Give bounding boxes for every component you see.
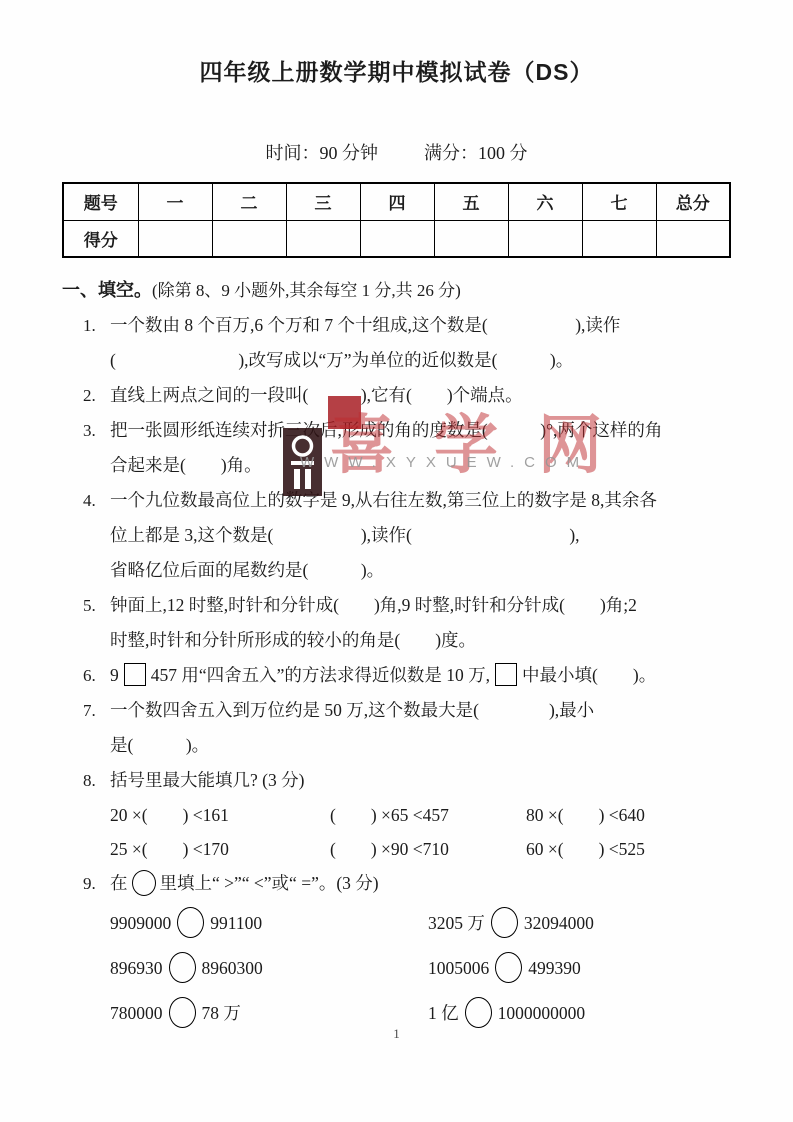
question-number: 9. bbox=[83, 866, 110, 901]
question-number: 2. bbox=[83, 378, 110, 413]
compare-circle-icon bbox=[491, 907, 518, 938]
compare-right: 32094000 bbox=[524, 913, 594, 933]
score-cell bbox=[434, 220, 508, 257]
score-table-corner-label: 题号 bbox=[63, 183, 138, 220]
score-cell bbox=[286, 220, 360, 257]
question-number: 4. bbox=[83, 483, 110, 518]
question-text: 里填上“ >”“ <”或“ =”。(3 分) bbox=[160, 873, 379, 893]
question-text: 457 用“四舍五入”的方法求得近似数是 10 万, bbox=[151, 665, 490, 685]
compare-row: 9909000991100 3205 万32094000 bbox=[110, 901, 745, 946]
question-number: 3. bbox=[83, 413, 110, 448]
question-list: 1.一个数由 8 个百万,6 个万和 7 个十组成,这个数是( ),读作 ( )… bbox=[110, 308, 745, 1036]
score-cell bbox=[508, 220, 582, 257]
exam-meta: 时间：90 分钟满分：100 分 bbox=[0, 139, 793, 165]
score-cell bbox=[138, 220, 212, 257]
question-text: 是( )。 bbox=[110, 728, 745, 763]
exam-paper: 四年级上册数学期中模拟试卷（DS） 时间：90 分钟满分：100 分 题号 一 … bbox=[0, 0, 793, 1122]
compare-right: 1000000000 bbox=[498, 1003, 586, 1023]
compare-circle-icon bbox=[169, 997, 196, 1028]
question-9: 9.在里填上“ >”“ <”或“ =”。(3 分) 9909000991100 … bbox=[110, 866, 745, 1036]
compare-right: 499390 bbox=[528, 958, 581, 978]
question-text: 括号里最大能填几? (3 分) bbox=[110, 770, 304, 790]
question-text: 合起来是( )角。 bbox=[110, 448, 745, 483]
equation: 80 ×( ) <640 bbox=[526, 798, 745, 832]
compare-pair: 3205 万32094000 bbox=[428, 901, 745, 946]
score-row-label: 得分 bbox=[63, 220, 138, 257]
time-limit-label: 时间：90 分钟 bbox=[266, 143, 379, 163]
equation: 60 ×( ) <525 bbox=[526, 832, 745, 866]
question-5: 5.钟面上,12 时整,时针和分针成( )角,9 时整,时针和分针成( )角;2… bbox=[110, 588, 745, 658]
question-text: 在 bbox=[110, 873, 128, 893]
compare-circle-icon bbox=[177, 907, 204, 938]
question-number: 7. bbox=[83, 693, 110, 728]
equation: 25 ×( ) <170 bbox=[110, 832, 330, 866]
question-text: 直线上两点之间的一段叫( ),它有( )个端点。 bbox=[110, 385, 523, 405]
compare-circle-icon bbox=[132, 870, 156, 896]
compare-left: 1005006 bbox=[428, 958, 489, 978]
page-title: 四年级上册数学期中模拟试卷（DS） bbox=[0, 54, 793, 87]
compare-left: 896930 bbox=[110, 958, 163, 978]
question-8-equations: 20 ×( ) <161 ( ) ×65 <457 80 ×( ) <640 2… bbox=[110, 798, 745, 866]
question-text: 时整,时针和分针所形成的较小的角是( )度。 bbox=[110, 623, 745, 658]
score-cell bbox=[656, 220, 730, 257]
question-text: 省略亿位后面的尾数约是( )。 bbox=[110, 553, 745, 588]
score-table-col-1: 一 bbox=[138, 183, 212, 220]
question-text: 一个九位数最高位上的数字是 9,从右往左数,第三位上的数字是 8,其余各 bbox=[110, 490, 657, 510]
section-one-note: (除第 8、9 小题外,其余每空 1 分,共 26 分) bbox=[152, 281, 461, 300]
score-table-col-4: 四 bbox=[360, 183, 434, 220]
compare-left: 9909000 bbox=[110, 913, 171, 933]
score-table-col-6: 六 bbox=[508, 183, 582, 220]
score-cell bbox=[582, 220, 656, 257]
score-cell bbox=[212, 220, 286, 257]
section-one-heading: 一、填空。(除第 8、9 小题外,其余每空 1 分,共 26 分) bbox=[62, 277, 745, 304]
question-number: 5. bbox=[83, 588, 110, 623]
question-text: 钟面上,12 时整,时针和分针成( )角,9 时整,时针和分针成( )角;2 bbox=[110, 595, 637, 615]
question-1: 1.一个数由 8 个百万,6 个万和 7 个十组成,这个数是( ),读作 ( )… bbox=[110, 308, 745, 378]
score-table-col-5: 五 bbox=[434, 183, 508, 220]
compare-circle-icon bbox=[169, 952, 196, 983]
question-text: 中最小填( )。 bbox=[522, 665, 656, 685]
compare-row: 8969308960300 1005006499390 bbox=[110, 946, 745, 991]
score-table-col-2: 二 bbox=[212, 183, 286, 220]
fill-box-icon bbox=[124, 663, 146, 686]
question-text: 9 bbox=[110, 665, 119, 685]
score-table-col-7: 七 bbox=[582, 183, 656, 220]
score-table-col-total: 总分 bbox=[656, 183, 730, 220]
question-text: ( ),改写成以“万”为单位的近似数是( )。 bbox=[110, 343, 745, 378]
compare-right: 991100 bbox=[210, 913, 262, 933]
compare-left: 3205 万 bbox=[428, 913, 485, 933]
score-table-col-3: 三 bbox=[286, 183, 360, 220]
compare-left: 780000 bbox=[110, 1003, 163, 1023]
equation: 20 ×( ) <161 bbox=[110, 798, 330, 832]
full-score-label: 满分：100 分 bbox=[424, 143, 528, 163]
question-text: 一个数四舍五入到万位约是 50 万,这个数最大是( ),最小 bbox=[110, 700, 594, 720]
compare-pair: 8969308960300 bbox=[110, 946, 428, 991]
question-text: 一个数由 8 个百万,6 个万和 7 个十组成,这个数是( ),读作 bbox=[110, 315, 620, 335]
question-number: 8. bbox=[83, 763, 110, 798]
equation: ( ) ×90 <710 bbox=[330, 832, 526, 866]
compare-left: 1 亿 bbox=[428, 1003, 459, 1023]
compare-pair: 9909000991100 bbox=[110, 901, 428, 946]
score-table: 题号 一 二 三 四 五 六 七 总分 得分 bbox=[62, 182, 731, 258]
question-6: 6.9457 用“四舍五入”的方法求得近似数是 10 万,中最小填( )。 bbox=[110, 658, 745, 693]
question-8: 8.括号里最大能填几? (3 分) 20 ×( ) <161 ( ) ×65 <… bbox=[110, 763, 745, 866]
compare-circle-icon bbox=[495, 952, 522, 983]
question-text: 把一张圆形纸连续对折三次后,形成的角的度数是( )°,两个这样的角 bbox=[110, 420, 662, 440]
score-cell bbox=[360, 220, 434, 257]
page-number: 1 bbox=[0, 1026, 793, 1042]
question-number: 1. bbox=[83, 308, 110, 343]
question-3: 3.把一张圆形纸连续对折三次后,形成的角的度数是( )°,两个这样的角 合起来是… bbox=[110, 413, 745, 483]
compare-circle-icon bbox=[465, 997, 492, 1028]
score-table-score-row: 得分 bbox=[63, 220, 730, 257]
section-one-title: 一、填空。 bbox=[62, 280, 152, 300]
question-number: 6. bbox=[83, 658, 110, 693]
compare-pair: 1005006499390 bbox=[428, 946, 745, 991]
question-2: 2.直线上两点之间的一段叫( ),它有( )个端点。 bbox=[110, 378, 745, 413]
compare-right: 8960300 bbox=[202, 958, 263, 978]
question-4: 4.一个九位数最高位上的数字是 9,从右往左数,第三位上的数字是 8,其余各 位… bbox=[110, 483, 745, 588]
question-text: 位上都是 3,这个数是( ),读作( ), bbox=[110, 518, 745, 553]
fill-box-icon bbox=[495, 663, 517, 686]
question-7: 7.一个数四舍五入到万位约是 50 万,这个数最大是( ),最小 是( )。 bbox=[110, 693, 745, 763]
compare-right: 78 万 bbox=[202, 1003, 241, 1023]
score-table-header-row: 题号 一 二 三 四 五 六 七 总分 bbox=[63, 183, 730, 220]
equation: ( ) ×65 <457 bbox=[330, 798, 526, 832]
